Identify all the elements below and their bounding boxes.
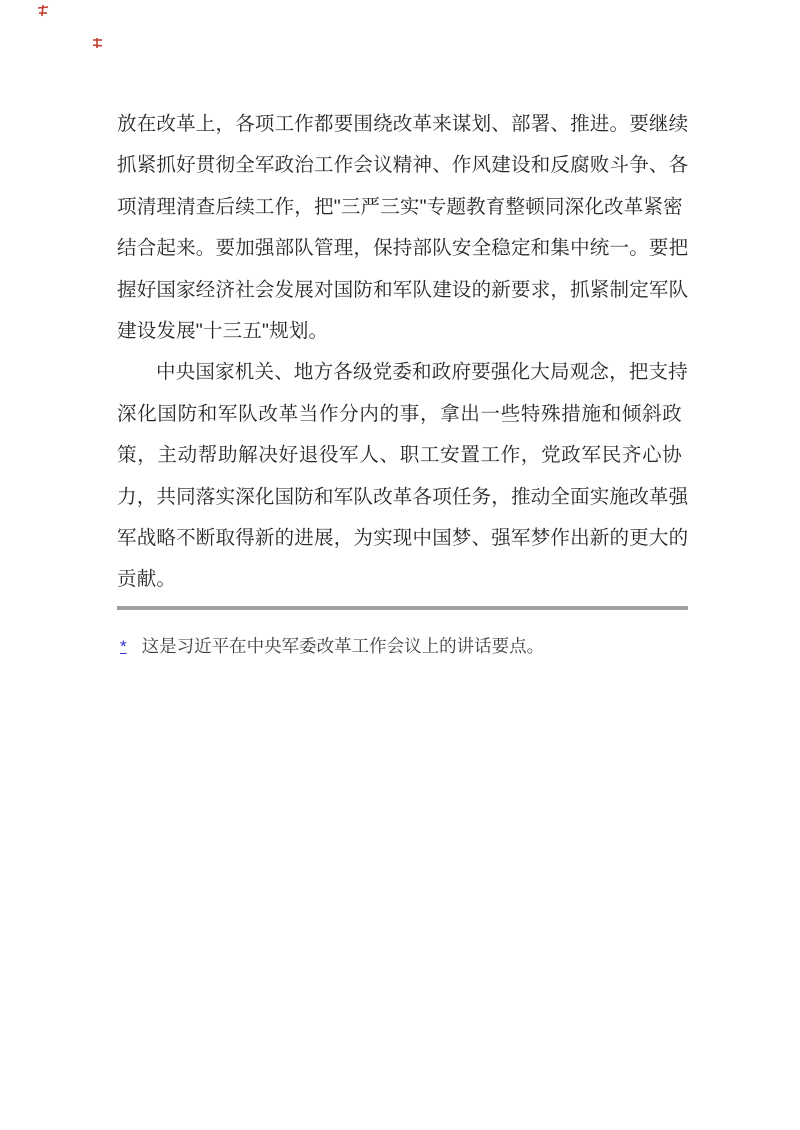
text-line: 抓紧抓好贯彻全军政治工作会议精神、作风建设和反腐败斗争、各 — [117, 145, 682, 186]
text-line: 军战略不断取得新的进展，为实现中国梦、强军梦作出新的更大的 — [117, 518, 682, 559]
document-page: 放在改革上，各项工作都要围绕改革来谋划、部署、推进。要继续 抓紧抓好贯彻全军政治… — [0, 0, 800, 1130]
paragraph: 放在改革上，各项工作都要围绕改革来谋划、部署、推进。要继续 抓紧抓好贯彻全军政治… — [117, 104, 682, 352]
text-line: 策，主动帮助解决好退役军人、职工安置工作，党政军民齐心协 — [117, 435, 682, 476]
text-line: 力，共同落实深化国防和军队改革各项任务，推动全面实施改革强 — [117, 477, 682, 518]
text-line: 项清理清查后续工作，把"三严三实"专题教育整顿同深化改革紧密 — [117, 187, 682, 228]
text-line: 握好国家经济社会发展对国防和军队建设的新要求，抓紧制定军队 — [117, 270, 682, 311]
text-line: 深化国防和军队改革当作分内的事，拿出一些特殊措施和倾斜政 — [117, 394, 682, 435]
red-annotation-mark-icon — [36, 4, 50, 23]
footnote-divider — [117, 606, 688, 610]
text-line: 放在改革上，各项工作都要围绕改革来谋划、部署、推进。要继续 — [117, 104, 682, 145]
text-line: 建设发展"十三五"规划。 — [117, 311, 682, 352]
footnote-text: 这是习近平在中央军委改革工作会议上的讲话要点。 — [142, 636, 545, 656]
footnote: *这是习近平在中央军委改革工作会议上的讲话要点。 — [117, 633, 682, 660]
document-body: 放在改革上，各项工作都要围绕改革来谋划、部署、推进。要继续 抓紧抓好贯彻全军政治… — [117, 104, 682, 601]
text-line: 中央国家机关、地方各级党委和政府要强化大局观念，把支持 — [117, 352, 682, 393]
footnote-marker-link[interactable]: * — [117, 634, 127, 660]
text-line: 贡献。 — [117, 559, 682, 600]
paragraph: 中央国家机关、地方各级党委和政府要强化大局观念，把支持 深化国防和军队改革当作分… — [117, 352, 682, 600]
red-annotation-mark-icon — [91, 37, 104, 55]
text-line: 结合起来。要加强部队管理，保持部队安全稳定和集中统一。要把 — [117, 228, 682, 269]
